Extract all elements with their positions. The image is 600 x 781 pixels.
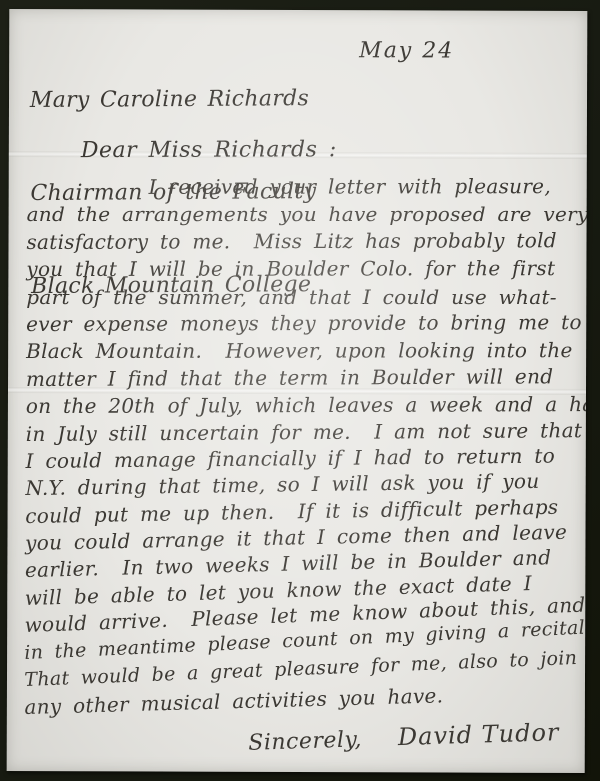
body-line: satisfactory to me. Miss Litz has probab… — [26, 227, 586, 256]
signature: David Tudor — [397, 718, 559, 751]
recipient-name: Mary Caroline Richards — [30, 83, 316, 116]
body-line: on the 20th of July, which leaves a week… — [26, 391, 586, 420]
body-line: matter I find that the term in Boulder w… — [26, 363, 586, 393]
body-line: you that I will be in Boulder Colo. for … — [26, 255, 586, 283]
body-line: I received your letter with pleasure, — [27, 173, 587, 201]
body-line: ever expense moneys they provide to brin… — [26, 309, 586, 338]
body-line: and the arrangements you have proposed a… — [27, 201, 587, 228]
letter-body: I received your letter with pleasure, an… — [25, 174, 587, 724]
body-line: Black Mountain. However, upon looking in… — [26, 337, 586, 365]
salutation: Dear Miss Richards : — [81, 137, 337, 163]
letter-paper: Mary Caroline Richards Chairman of the F… — [7, 9, 588, 773]
closing-row: Sincerely, David Tudor — [248, 718, 560, 756]
body-line: part of the summer, and that I could use… — [26, 284, 586, 311]
scanned-letter-photo: Mary Caroline Richards Chairman of the F… — [0, 0, 600, 781]
letter-date: May 24 — [359, 38, 454, 63]
closing-phrase: Sincerely, — [248, 727, 362, 756]
